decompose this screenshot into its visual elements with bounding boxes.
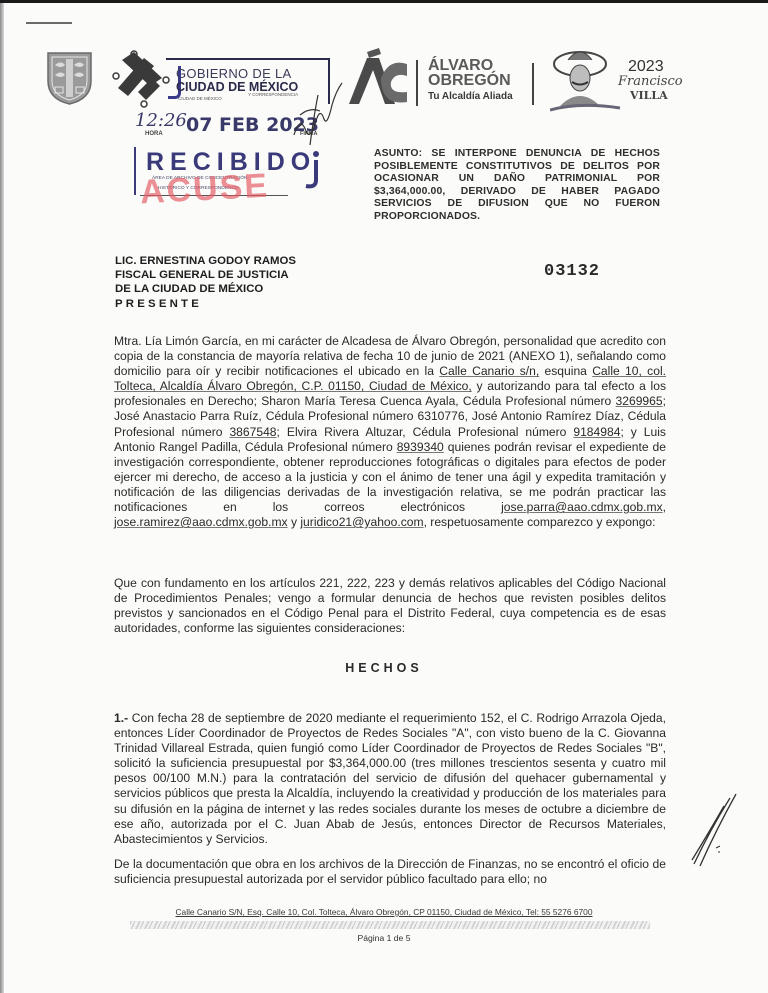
commemorative-name1: Francisco <box>618 74 683 89</box>
margin-initials-icon <box>690 790 740 870</box>
stamp-j-mark-icon <box>302 150 322 190</box>
corner-mark <box>26 22 72 24</box>
logo-divider <box>532 63 534 105</box>
email-link[interactable]: jose.ramirez@aao.cdmx.gob.mx <box>114 515 288 529</box>
section-heading-hechos: HECHOS <box>0 661 768 675</box>
cedula-number: 3269965 <box>616 394 663 408</box>
stamp-bar <box>134 147 136 195</box>
fact-1-paragraph: 1.- Con fecha 28 de septiembre de 2020 m… <box>114 711 666 847</box>
folio-number: 03132 <box>544 262 600 281</box>
addressee-block: LIC. ERNESTINA GODOY RAMOS FISCAL GENERA… <box>115 254 296 311</box>
email-link[interactable]: jose.parra@aao.cdmx.gob.mx <box>501 500 663 514</box>
cdmx-government-logo-icon <box>108 48 172 108</box>
text-span: y <box>288 515 301 529</box>
intro-paragraph: Mtra. Lía Limón García, en mi carácter d… <box>114 334 666 530</box>
finance-paragraph: De la documentación que obra en los arch… <box>114 857 666 887</box>
email-link[interactable]: juridico21@yahoo.com <box>300 515 423 529</box>
page-left-edge <box>0 3 4 993</box>
stamp-time-label: HORA <box>145 131 163 137</box>
text-span: , <box>663 500 666 514</box>
text-span: Con fecha 28 de septiembre de 2020 media… <box>114 711 666 846</box>
commemorative-name2: VILLA <box>630 89 668 102</box>
cedula-number: 9184984 <box>573 425 620 439</box>
alcaldia-ao-logo-icon <box>345 48 407 106</box>
page-top-border <box>0 0 768 3</box>
footer-pattern <box>130 921 650 929</box>
text-span: esquina <box>539 364 592 378</box>
stamp-time: 12:26 <box>135 110 187 131</box>
government-name-line1: GOBIERNO DE LA <box>176 66 291 81</box>
addressee-title: FISCAL GENERAL DE JUSTICIA <box>115 268 296 282</box>
stamp-acuse-overlay: ACUSE <box>139 167 270 213</box>
address-street: Calle Canario s/n, <box>439 364 539 378</box>
government-small-left: CIUDAD DE MÉXICO <box>178 96 222 101</box>
alcaldia-name-line2: OBREGÓN <box>428 73 511 88</box>
footer-address: Calle Canario S/N, Esq. Calle 10, Col. T… <box>0 907 768 917</box>
fact-number: 1.- <box>114 711 128 725</box>
alcaldia-tagline: Tu Alcaldía Aliada <box>428 91 513 102</box>
alcaldia-name-line1: ÁLVARO <box>428 58 493 73</box>
subject-block: ASUNTO: SE INTERPONE DENUNCIA DE HECHOS … <box>374 148 660 224</box>
addressee-name: LIC. ERNESTINA GODOY RAMOS <box>115 254 296 268</box>
text-span: ; Elvira Rivera Altuzar, Cédula Profesio… <box>277 425 574 439</box>
text-span: , respetuosamente comparezco y expongo: <box>424 515 656 529</box>
handwritten-signature-icon <box>290 75 350 155</box>
addressee-entity: DE LA CIUDAD DE MÉXICO <box>115 282 296 296</box>
alcaldia-shield-icon <box>46 51 93 106</box>
addressee-presente: PRESENTE <box>115 297 296 311</box>
logo-divider <box>416 60 418 106</box>
page-number: Página 1 de 5 <box>0 933 768 943</box>
legal-basis-paragraph: Que con fundamento en los artículos 221,… <box>114 576 666 636</box>
cedula-number: 3867548 <box>229 425 276 439</box>
cedula-number: 8939340 <box>397 440 444 454</box>
